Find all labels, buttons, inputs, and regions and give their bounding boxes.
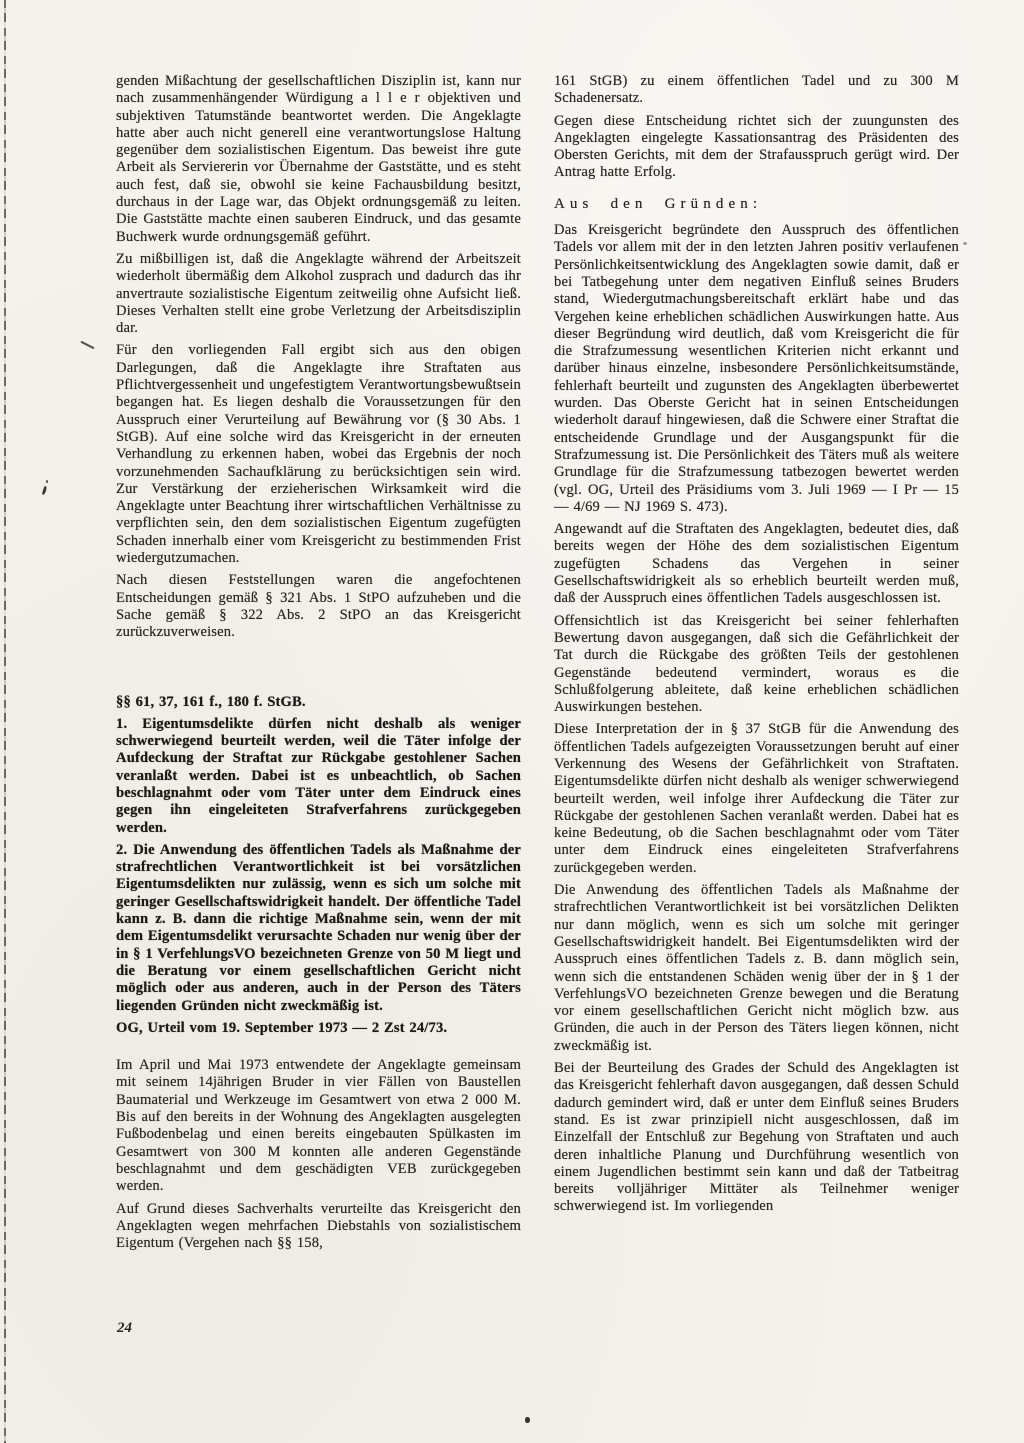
paragraph: Für den vorliegenden Fall ergibt sich au…: [116, 342, 521, 567]
text-column-right: 161 StGB) zu einem öffentlichen Tadel un…: [554, 73, 959, 1252]
continued-paragraph: genden Mißachtung der gesellschaftlichen…: [116, 73, 521, 246]
facts-paragraph: Im April und Mai 1973 entwendete der Ang…: [116, 1057, 521, 1195]
reasons-paragraph: Die Anwendung des öffentlichen Tadels al…: [554, 882, 959, 1055]
reasons-paragraph: Bei der Beurteilung des Grades der Schul…: [554, 1060, 959, 1216]
scan-edge-line: [4, 0, 6, 1443]
statute-heading: §§ 61, 37, 161 f., 180 f. StGB.: [116, 694, 521, 711]
reasons-heading: Aus den Gründen:: [554, 196, 959, 213]
headnote-1: 1. Eigentumsdelikte dürfen nicht deshalb…: [116, 716, 521, 837]
scan-artifact-dot: [963, 242, 967, 245]
headnote-2: 2. Die Anwendung des öffentlichen Tadels…: [116, 842, 521, 1015]
reasons-paragraph: Angewandt auf die Straftaten des Angekla…: [554, 521, 959, 607]
text-column-left: genden Mißachtung der gesellschaftlichen…: [116, 73, 521, 1252]
document-page: genden Mißachtung der gesellschaftlichen…: [0, 0, 1024, 1443]
page-number: 24: [117, 1320, 132, 1337]
scan-artifact-stroke: [80, 341, 94, 350]
paragraph: Nach diesen Feststellungen waren die ang…: [116, 572, 521, 641]
reasons-paragraph: Diese Interpretation der in § 37 StGB fü…: [554, 721, 959, 877]
case-citation: OG, Urteil vom 19. September 1973 — 2 Zs…: [116, 1020, 521, 1037]
paragraph: Gegen diese Entscheidung richtet sich de…: [554, 113, 959, 182]
scan-artifact-dot: [525, 1417, 530, 1423]
facts-paragraph: Auf Grund dieses Sachverhalts verurteilt…: [116, 1201, 521, 1253]
paragraph: Zu mißbilligen ist, daß die Angeklagte w…: [116, 251, 521, 337]
scan-artifact-dot: [46, 480, 48, 483]
reasons-paragraph: Das Kreisgericht begründete den Ausspruc…: [554, 222, 959, 516]
reasons-paragraph: Offensichtlich ist das Kreisgericht bei …: [554, 613, 959, 717]
continued-paragraph: 161 StGB) zu einem öffentlichen Tadel un…: [554, 73, 959, 108]
scan-artifact-comma: [42, 486, 48, 495]
page-content: genden Mißachtung der gesellschaftlichen…: [116, 73, 959, 1252]
